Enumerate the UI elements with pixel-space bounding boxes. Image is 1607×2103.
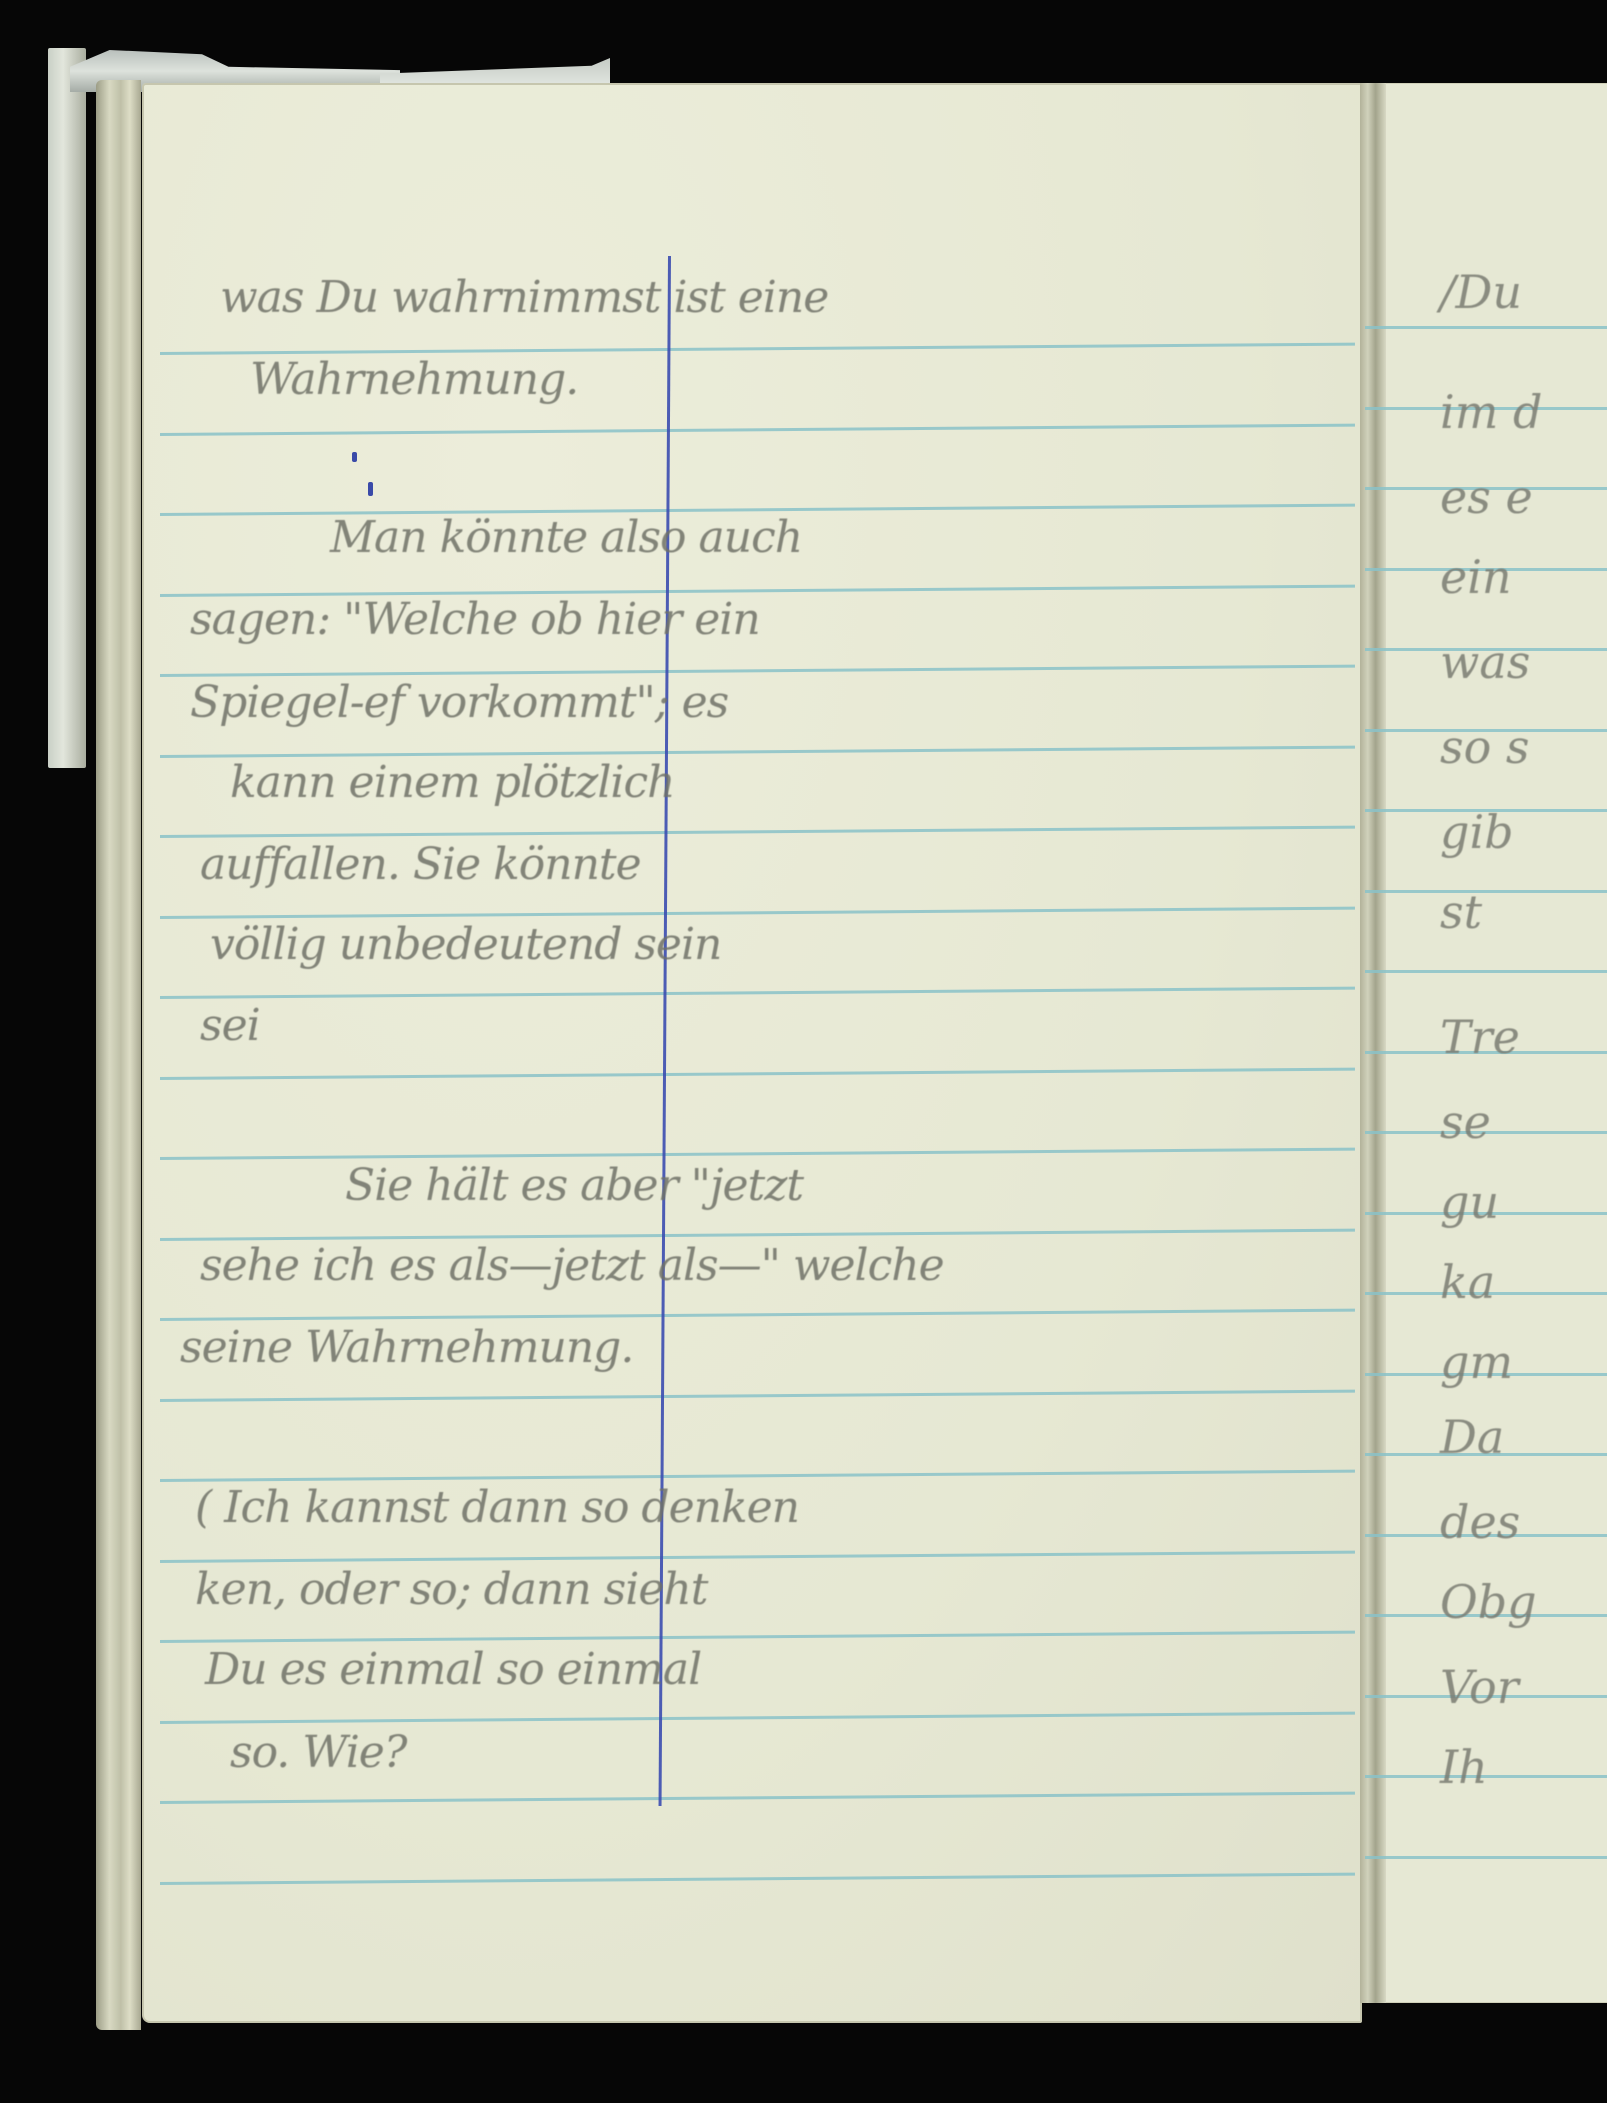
handwritten-line: Vor [1440,1660,1519,1714]
handwritten-line: ein [1440,550,1512,604]
handwritten-line: Tre [1440,1010,1520,1064]
handwritten-line: des [1440,1495,1520,1549]
ruled-line [1365,326,1607,329]
handwritten-line: st [1440,885,1482,939]
handwritten-line: Sie hält es aber "jetzt [345,1160,803,1211]
ink-mark [352,452,357,462]
handwritten-line: gm [1440,1335,1513,1389]
book-edge-left [96,80,141,2030]
handwritten-line: gib [1440,805,1514,859]
handwritten-line: sehe ich es als—jetzt als—" welche [200,1240,944,1291]
handwritten-line: gu [1440,1175,1499,1229]
handwritten-line: Da [1440,1410,1504,1464]
handwritten-line: es e [1440,470,1533,524]
handwritten-line: Wahrnehmung. [250,354,578,405]
handwritten-line: was [1440,635,1530,689]
handwritten-line: ken, oder so; dann sieht [195,1564,707,1615]
handwritten-line: Spiegel-ef vorkommt"; es [190,677,728,728]
ink-mark [368,482,373,496]
handwritten-line: im d [1440,385,1542,439]
handwritten-line: Obg [1440,1575,1537,1629]
handwritten-line: sagen: "Welche ob hier ein [190,594,760,645]
handwritten-line: so s [1440,720,1530,774]
handwritten-line: völlig unbedeutend sein [210,919,721,970]
ruled-line [1365,1856,1607,1859]
tape-top-fragment [380,58,610,84]
handwritten-line: so. Wie? [230,1727,406,1778]
handwritten-line: Man könnte also auch [330,512,802,563]
tape-left [48,48,86,768]
handwritten-line: sei [200,1000,260,1051]
ruled-line [1365,890,1607,893]
handwritten-line: Ih [1440,1740,1488,1794]
handwritten-line: /Du [1440,265,1522,319]
handwritten-line: ka [1440,1255,1495,1309]
handwritten-line: kann einem plötzlich [230,757,674,808]
handwritten-line: seine Wahrnehmung. [180,1322,633,1373]
handwritten-line: ( Ich kannst dann so denken [195,1482,799,1533]
notebook-gutter [1360,83,1386,2003]
handwritten-line: Du es einmal so einmal [205,1644,701,1695]
ruled-line [1365,970,1607,973]
handwritten-line: was Du wahrnimmst ist eine [220,272,828,323]
handwritten-line: auffallen. Sie könnte [200,839,641,890]
handwritten-line: se [1440,1095,1491,1149]
